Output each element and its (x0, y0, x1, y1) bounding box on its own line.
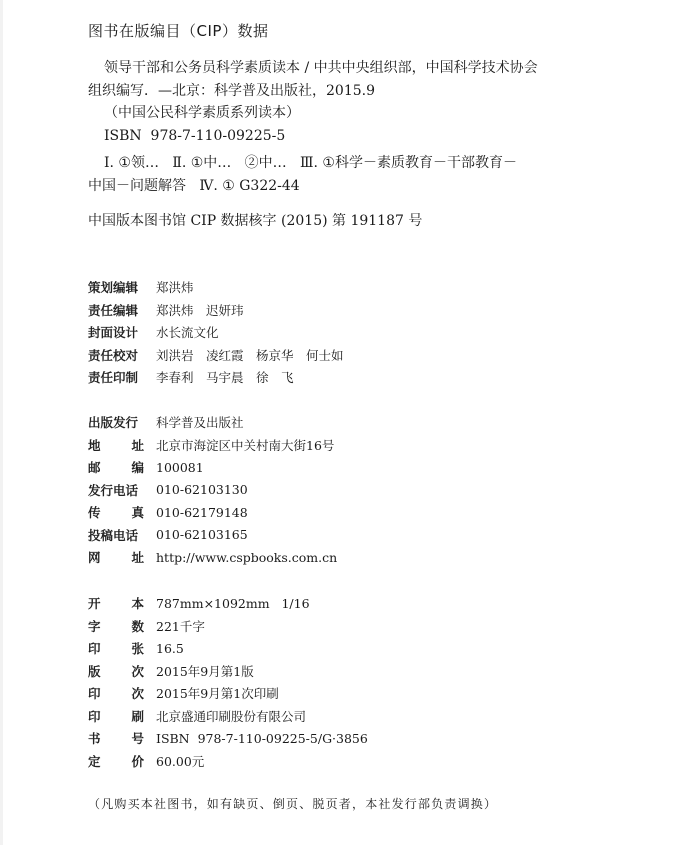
address-value: 北京市海淀区中关村南大街16号 (156, 436, 334, 454)
spec-label: 开本 (88, 594, 144, 612)
cip-number: 中国版本图书馆 CIP 数据核字 (2015) 第 191187 号 (88, 210, 422, 230)
staff-value: 李春利 马宇晨 徐 飞 (156, 368, 294, 386)
spec-label: 定价 (88, 752, 144, 770)
page-edge (0, 0, 3, 845)
fax-row: 传真010-62179148 (88, 501, 337, 524)
staff-row: 策划编辑郑洪炜 (88, 276, 344, 299)
cip-line-title: 领导干部和公务员科学素质读本 / 中共中央组织部，中国科学技术协会 (88, 57, 608, 80)
spec-value: 北京盛通印刷股份有限公司 (156, 707, 306, 725)
staff-credits: 策划编辑郑洪炜 责任编辑郑洪炜 迟妍玮 封面设计水长流文化 责任校对刘洪岩 凌红… (88, 276, 344, 389)
spec-value: 60.00元 (156, 752, 204, 770)
staff-row: 责任编辑郑洪炜 迟妍玮 (88, 299, 344, 322)
classification-line-2: 中国－问题解答 Ⅳ. ① G322-44 (88, 175, 517, 198)
spec-label: 印张 (88, 639, 144, 657)
staff-label: 策划编辑 (88, 278, 144, 296)
publisher-info: 出版发行科学普及出版社 地址北京市海淀区中关村南大街16号 邮编100081 发… (88, 411, 337, 569)
postcode-value: 100081 (156, 460, 204, 475)
spec-value: 787mm×1092mm 1/16 (156, 596, 310, 611)
website-row: 网址http://www.cspbooks.com.cn (88, 546, 337, 569)
cip-line-isbn: ISBN 978-7-110-09225-5 (88, 125, 608, 148)
spec-label: 书号 (88, 729, 144, 747)
spec-row-printing: 印次2015年9月第1次印刷 (88, 682, 368, 705)
staff-value: 刘洪岩 凌红霞 杨京华 何士如 (156, 346, 344, 364)
spec-row-sheets: 印张16.5 (88, 637, 368, 660)
spec-value: 2015年9月第1版 (156, 662, 254, 680)
cip-line-publisher: 组织编写．—北京：科学普及出版社，2015.9 (88, 80, 608, 103)
spec-row-printer: 印刷北京盛通印刷股份有限公司 (88, 705, 368, 728)
publisher-value: 科学普及出版社 (156, 413, 244, 431)
sales-phone-label: 发行电话 (88, 481, 144, 499)
website-label: 网址 (88, 548, 144, 566)
fax-value: 010-62179148 (156, 505, 248, 520)
spec-value: 16.5 (156, 641, 184, 656)
publisher-label: 出版发行 (88, 413, 144, 431)
address-row: 地址北京市海淀区中关村南大街16号 (88, 434, 337, 457)
spec-row-edition: 版次2015年9月第1版 (88, 660, 368, 683)
spec-label: 印次 (88, 684, 144, 702)
staff-value: 郑洪炜 (156, 278, 194, 296)
sales-phone-row: 发行电话010-62103130 (88, 479, 337, 502)
cip-record: 领导干部和公务员科学素质读本 / 中共中央组织部，中国科学技术协会 组织编写．—… (88, 57, 608, 147)
return-policy-note: （凡购买本社图书，如有缺页、倒页、脱页者，本社发行部负责调换） (88, 795, 497, 812)
publisher-row: 出版发行科学普及出版社 (88, 411, 337, 434)
spec-value: ISBN 978-7-110-09225-5/G·3856 (156, 731, 368, 746)
submission-phone-value: 010-62103165 (156, 527, 248, 542)
staff-label: 责任校对 (88, 346, 144, 364)
sales-phone-value: 010-62103130 (156, 482, 248, 497)
cip-line-series: （中国公民科学素质系列读本） (88, 102, 608, 125)
staff-label: 封面设计 (88, 323, 144, 341)
fax-label: 传真 (88, 503, 144, 521)
spec-row-format: 开本787mm×1092mm 1/16 (88, 592, 368, 615)
spec-row-isbn: 书号ISBN 978-7-110-09225-5/G·3856 (88, 727, 368, 750)
staff-row: 封面设计水长流文化 (88, 321, 344, 344)
staff-label: 责任编辑 (88, 301, 144, 319)
cip-classification: Ⅰ. ①领… Ⅱ. ①中… ②中… Ⅲ. ①科学－素质教育－干部教育－ 中国－问… (88, 152, 517, 198)
postcode-label: 邮编 (88, 458, 144, 476)
spec-label: 印刷 (88, 707, 144, 725)
website-link[interactable]: http://www.cspbooks.com.cn (156, 550, 337, 565)
address-label: 地址 (88, 436, 144, 454)
spec-row-price: 定价60.00元 (88, 750, 368, 773)
staff-label: 责任印制 (88, 368, 144, 386)
cip-title: 图书在版编目（CIP）数据 (88, 20, 268, 41)
classification-line-1: Ⅰ. ①领… Ⅱ. ①中… ②中… Ⅲ. ①科学－素质教育－干部教育－ (88, 152, 517, 175)
staff-row: 责任印制李春利 马宇晨 徐 飞 (88, 366, 344, 389)
staff-value: 水长流文化 (156, 323, 219, 341)
spec-label: 字数 (88, 617, 144, 635)
postcode-row: 邮编100081 (88, 456, 337, 479)
spec-row-wordcount: 字数221千字 (88, 615, 368, 638)
submission-phone-label: 投稿电话 (88, 526, 144, 544)
spec-value: 2015年9月第1次印刷 (156, 684, 279, 702)
submission-phone-row: 投稿电话010-62103165 (88, 524, 337, 547)
spec-value: 221千字 (156, 617, 205, 635)
spec-label: 版次 (88, 662, 144, 680)
book-specs: 开本787mm×1092mm 1/16 字数221千字 印张16.5 版次201… (88, 592, 368, 772)
staff-value: 郑洪炜 迟妍玮 (156, 301, 244, 319)
staff-row: 责任校对刘洪岩 凌红霞 杨京华 何士如 (88, 344, 344, 367)
